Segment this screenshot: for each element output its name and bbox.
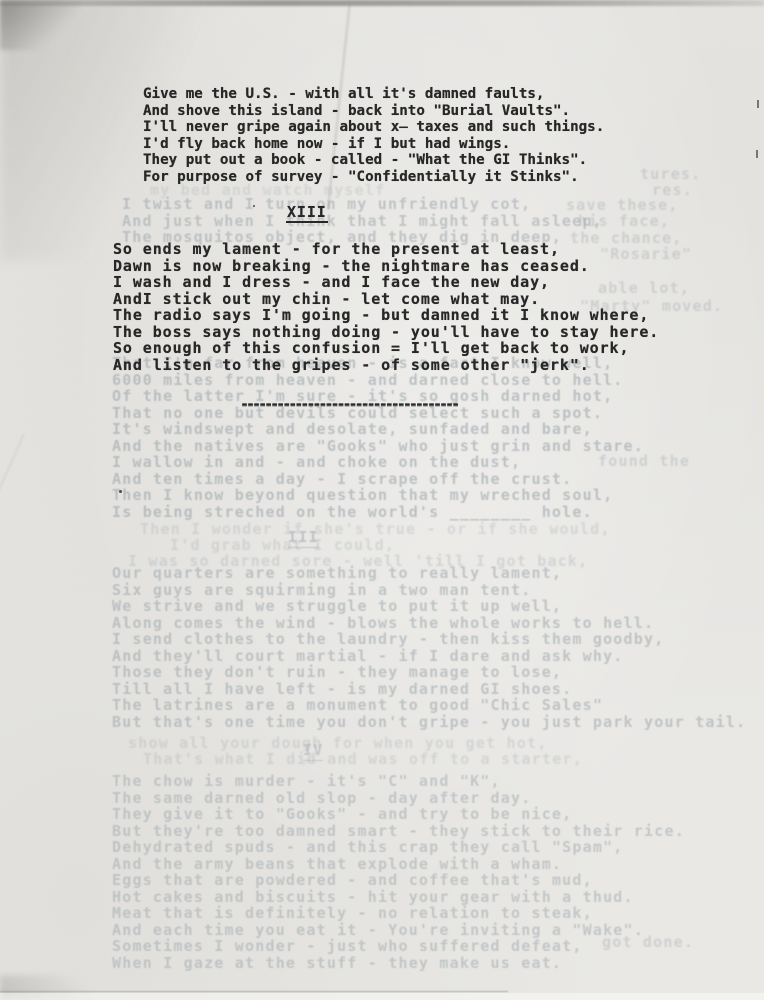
poem-line: And shove this island - back into "Buria… (143, 103, 604, 120)
ghost-line: And ten times a day - I scrape off the c… (112, 471, 644, 488)
ghost-line: Along comes the wind - blows the whole w… (112, 615, 746, 632)
ghost-line: We strive and we struggle to put it up w… (112, 598, 746, 615)
ghost-fragment: That's what I did and was off to a start… (143, 750, 583, 768)
ghost-line: But they're too damned smart - they stic… (112, 823, 685, 840)
scan-edge-mark (757, 100, 759, 108)
ghost-line: When I gaze at the stuff - they make us … (112, 955, 685, 972)
paper-sheet: I twist and I turn on my unfriendly cot,… (0, 0, 764, 1000)
poem-line: For purpose of survey - "Confidentially … (143, 169, 604, 186)
poem-line: So enough of this confusion = I'll get b… (113, 340, 659, 357)
poem-line: I wash and I dress - and I face the new … (113, 274, 659, 291)
poem-line: They put out a book - called - "What the… (143, 152, 604, 169)
ghost-line: The chow is murder - it's "C" and "K", (112, 773, 685, 790)
ghost-line: Six guys are squirming in a two man tent… (112, 582, 746, 599)
ghost-line: And each time you eat it - You're inviti… (112, 922, 685, 939)
ghost-line: And the natives are "Gooks" who just gri… (112, 438, 644, 455)
ghost-stanza-i: That I'm far from heaven - is a fact I k… (112, 355, 644, 520)
poem-line: So ends my lament - for the present at l… (113, 241, 659, 258)
poem-line: The radio says I'm going - but damned it… (113, 307, 659, 324)
paper-crease (0, 434, 24, 521)
ghost-line: Eggs that are powdered - and coffee that… (112, 872, 685, 889)
paper-fold-line (0, 991, 508, 992)
ghost-fragment: I was so darned sore - well 'till I got … (128, 552, 588, 570)
stanza-xiii: So ends my lament - for the present at l… (113, 241, 659, 373)
ghost-line: And they'll court martial - if I dare an… (112, 648, 746, 665)
ghost-line: Those they don't ruin - they manage to l… (112, 664, 746, 681)
paper-corner-dark (0, 0, 80, 50)
dashed-separator: ------------------------------------ (240, 395, 457, 413)
paper-edge-light (0, 993, 764, 1000)
scan-top-edge-shadow (0, 0, 764, 6)
ghost-stanza-iii: Our quarters are something to really lam… (112, 565, 746, 730)
poem-line: I'd fly back home now - if I but had win… (143, 136, 604, 153)
ghost-line: I wallow in and - and choke on the dust, (112, 454, 644, 471)
poem-line: The boss says nothing doing - you'll hav… (113, 324, 659, 341)
ghost-line: I send clothes to the laundry - then kis… (112, 631, 746, 648)
ghost-line: Dehydrated spuds - and this crap they ca… (112, 839, 685, 856)
ghost-stanza-top: I twist and I turn on my unfriendly cot,… (122, 196, 603, 246)
stanza-xii: Give me the U.S. - with all it's damned … (143, 86, 604, 185)
ghost-line: Sometimes I wonder - just who suffered d… (112, 938, 685, 955)
poem-line: Give me the U.S. - with all it's damned … (143, 86, 604, 103)
ghost-line: And just when I think that I might fall … (122, 213, 603, 230)
ghost-line: The same darned old slop - day after day… (112, 790, 685, 807)
ghost-line: And the army beans that explode with a w… (112, 856, 685, 873)
poem-line: I'll never gripe again about x̶ taxes an… (143, 119, 604, 136)
ghost-line: Then I know beyond question that my wrec… (112, 487, 644, 504)
paper-corner-shade-bottom (0, 975, 120, 1000)
ghost-line: Is being streched on the world's _______… (112, 504, 644, 521)
ghost-line: The latrines are a monument to good "Chi… (112, 697, 746, 714)
ghost-line: Meat that is definitely - no relation to… (112, 905, 685, 922)
ghost-line: Hot cakes and biscuits - hit your gear w… (112, 889, 685, 906)
ghost-line: They give it to "Gooks" - and try to be … (112, 806, 685, 823)
ghost-line: It's windswept and desolate, sunfaded an… (112, 421, 644, 438)
ghost-line: Till all I have left - is my darned GI s… (112, 681, 746, 698)
ghost-fragment: got done. (602, 933, 694, 951)
ghost-fragment: found the (598, 452, 690, 470)
scan-edge-mark (756, 150, 758, 158)
ghost-line: But that's one time you don't gripe - yo… (112, 714, 746, 731)
poem-line: And listen to the gripes - of some other… (113, 357, 659, 374)
ghost-line: 6000 miles from heaven - and darned clos… (112, 372, 644, 389)
section-heading-xiii: XIII (286, 203, 328, 223)
ghost-stanza-iv: The chow is murder - it's "C" and "K", T… (112, 773, 685, 971)
ghost-fragment: his face, (578, 212, 670, 230)
poem-line: AndI stick out my chin - let come what m… (113, 291, 659, 308)
poem-line: Dawn is now breaking - the nightmare has… (113, 258, 659, 275)
